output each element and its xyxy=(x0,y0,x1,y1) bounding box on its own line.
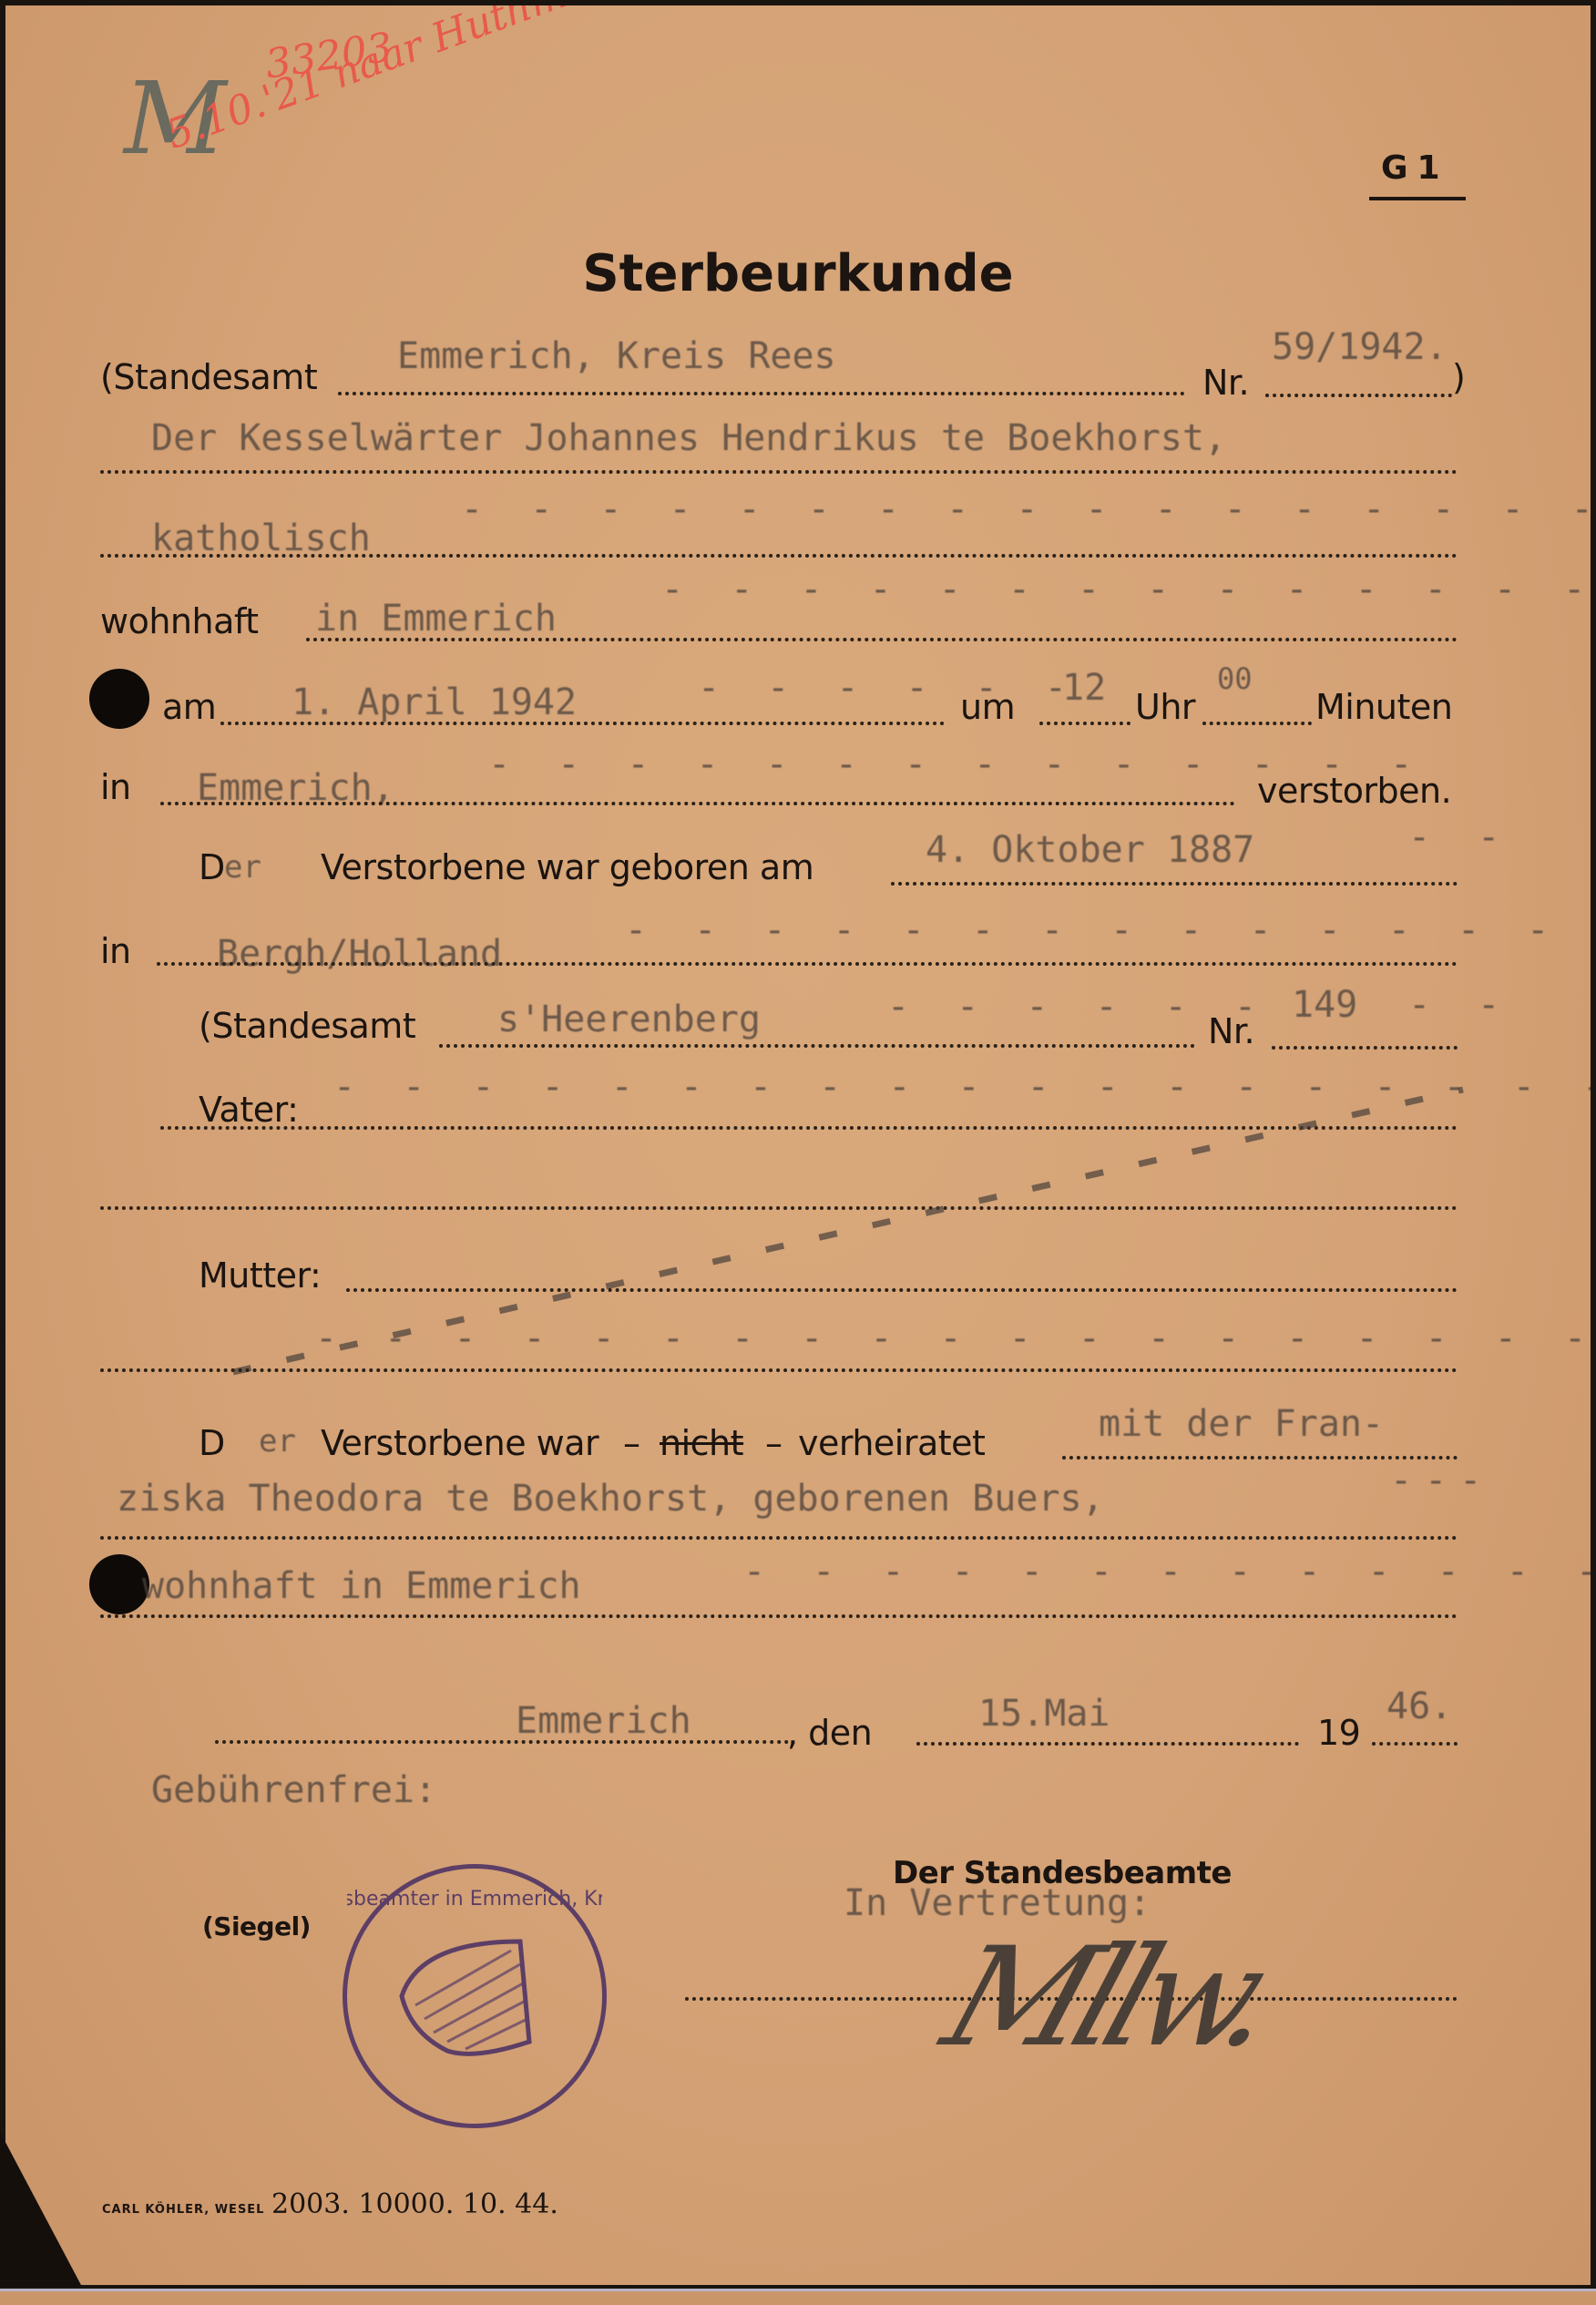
marriage-nicht: nicht xyxy=(660,1423,743,1463)
birth-prefix: D xyxy=(199,847,225,887)
seal-label: (Siegel) xyxy=(202,1911,311,1941)
marriage-verheiratet: verheiratet xyxy=(798,1423,985,1463)
spouse-line-2-dashes: --- xyxy=(1390,1460,1494,1501)
registry-field-line xyxy=(338,392,1185,395)
mother-fill-dashes: - - - - - - - - - - - - - - - - - - - - … xyxy=(315,1317,1591,1359)
birth-date-line xyxy=(891,882,1458,886)
birth-date-value: 4. Oktober 1887 xyxy=(926,829,1254,871)
birth-place-line xyxy=(157,962,1458,966)
spouse-line-2: ziska Theodora te Boekhorst, geborenen B… xyxy=(117,1478,1104,1520)
marriage-gender-fill: er xyxy=(259,1423,296,1460)
birth-nr-line xyxy=(1272,1046,1458,1050)
fee-note: Gebührenfrei: xyxy=(151,1769,436,1811)
death-date-value: 1. April 1942 xyxy=(292,681,577,723)
death-place-line xyxy=(160,802,1235,805)
birth-registry-label: (Standesamt xyxy=(199,1006,415,1046)
birth-gender-fill: er xyxy=(224,849,261,886)
birth-date-dashes: - - xyxy=(1408,816,1512,858)
folded-corner xyxy=(0,2132,82,2287)
marriage-dash-1: – xyxy=(623,1423,640,1463)
issuance-date-value: 15.Mai xyxy=(978,1693,1110,1735)
birth-place-dashes: - - - - - - - - - - - - - - - - - xyxy=(625,909,1591,951)
birth-place-label: in xyxy=(100,931,131,971)
residence-fill-dashes: - - - - - - - - - - - - - - - - - - - - … xyxy=(661,569,1591,610)
birth-nr-value: 149 xyxy=(1292,984,1357,1026)
spouse-line-3-dashes: - - - - - - - - - - - - - xyxy=(743,1551,1591,1593)
religion-line xyxy=(100,554,1458,558)
death-place-label: in xyxy=(100,767,131,807)
punch-hole-bottom xyxy=(89,1554,149,1614)
printer-name: CARL KÖHLER, WESEL xyxy=(102,2203,264,2217)
death-minute-value: 00 xyxy=(1217,661,1253,696)
form-code-underline xyxy=(1369,197,1466,200)
birth-nr-dashes: - - xyxy=(1408,984,1512,1026)
spouse-line-1: mit der Fran- xyxy=(1099,1403,1384,1445)
certificate-paper: M 33203 5.10.'21 naar Huthm D G1 Sterbeu… xyxy=(5,5,1591,2285)
issuance-year-value: 46. xyxy=(1386,1685,1452,1727)
marriage-prefix: D xyxy=(199,1423,225,1463)
coat-of-arms-icon: Standesbeamter in Emmerich, Krs. Rees xyxy=(347,1869,602,2124)
birth-place-value: Bergh/Holland xyxy=(217,933,502,975)
registry-label: (Standesamt xyxy=(100,357,317,397)
death-date-label: am xyxy=(162,687,216,727)
issuance-place-line xyxy=(215,1740,789,1744)
mother-label: Mutter: xyxy=(199,1255,321,1296)
marriage-label: Verstorbene war xyxy=(321,1423,598,1463)
death-minute-label: Minuten xyxy=(1315,687,1452,727)
residence-line xyxy=(306,638,1458,641)
marriage-line-3 xyxy=(100,1614,1458,1618)
registry-close-paren: ) xyxy=(1452,357,1465,397)
deceased-name: Der Kesselwärter Johannes Hendrikus te B… xyxy=(151,417,1226,459)
death-hour-value: 12 xyxy=(1062,667,1106,709)
official-seal-stamp: Standesbeamter in Emmerich, Krs. Rees xyxy=(343,1864,607,2128)
died-label: verstorben. xyxy=(1257,771,1451,811)
mother-line xyxy=(346,1288,1458,1292)
issuance-century-label: 19 xyxy=(1317,1713,1360,1753)
death-date-dashes: - - - - - - xyxy=(698,667,1079,709)
death-time-label: um xyxy=(960,687,1015,727)
spouse-line-3: wohnhaft in Emmerich xyxy=(142,1565,581,1607)
death-date-line xyxy=(220,722,945,725)
issuance-place-value: Emmerich xyxy=(516,1700,691,1742)
registry-nr-value: 59/1942. xyxy=(1272,326,1448,368)
residence-value: in Emmerich xyxy=(315,598,557,640)
birth-nr-label: Nr. xyxy=(1208,1011,1254,1051)
religion-fill-dashes: - - - - - - - - - - - - - - - - - - - - … xyxy=(461,488,1591,530)
death-minute-line xyxy=(1202,722,1312,725)
issuance-den-label: , den xyxy=(787,1713,872,1753)
form-code: G1 xyxy=(1381,149,1449,187)
death-hour-label: Uhr xyxy=(1135,687,1195,727)
residence-label: wohnhaft xyxy=(100,601,258,641)
marriage-dash-2: – xyxy=(765,1423,783,1463)
death-hour-line xyxy=(1039,722,1130,725)
page-title: Sterbeurkunde xyxy=(5,244,1591,303)
issuance-year-line xyxy=(1372,1742,1458,1746)
birth-registry-line xyxy=(439,1044,1195,1048)
marriage-line-2 xyxy=(100,1536,1458,1540)
registry-value: Emmerich, Kreis Rees xyxy=(397,335,836,377)
registry-nr-label: Nr. xyxy=(1202,363,1249,403)
registrar-signature: Mllw. xyxy=(927,1919,1286,2077)
birth-registry-value: s'Heerenberg xyxy=(497,999,761,1040)
punch-hole-top xyxy=(89,669,149,729)
birth-label: Verstorbene war geboren am xyxy=(321,847,813,887)
bottom-edge-strip xyxy=(0,2289,1596,2305)
deceased-line xyxy=(100,470,1458,474)
seal-text: Standesbeamter in Emmerich, Krs. Rees xyxy=(347,1888,602,1911)
print-info: 2003. 10000. 10. 44. xyxy=(271,2188,558,2220)
registry-nr-line xyxy=(1265,394,1452,397)
issuance-date-line xyxy=(916,1742,1299,1746)
mother-line-2 xyxy=(100,1368,1458,1372)
